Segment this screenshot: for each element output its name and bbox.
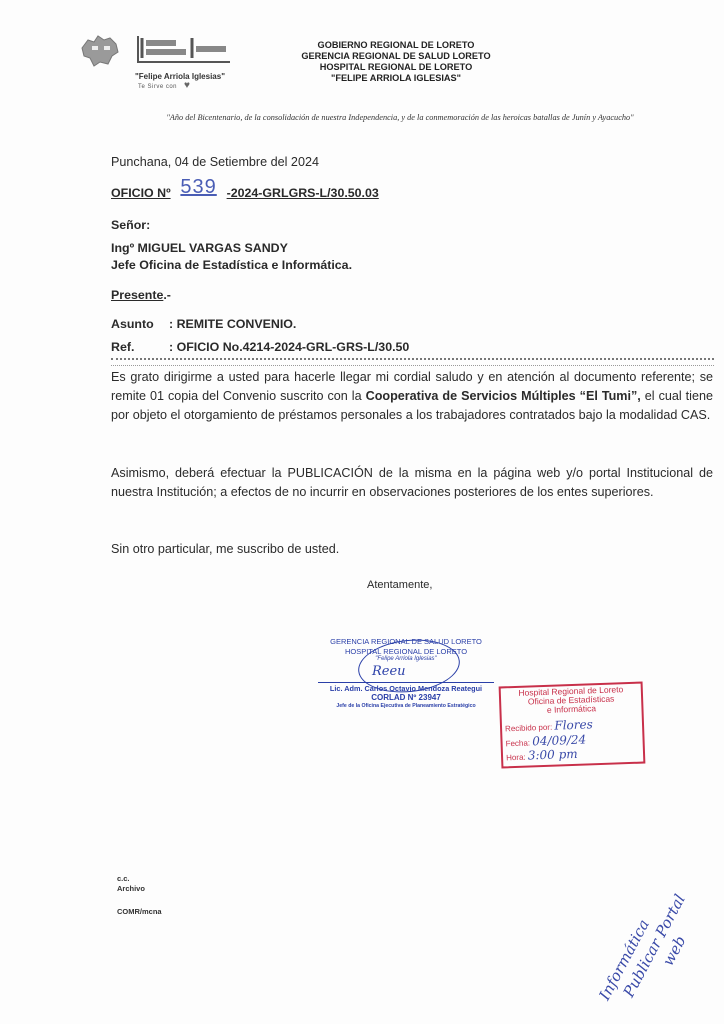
stamp-line-3: "Felipe Arriola Iglesias" bbox=[318, 656, 494, 662]
heart-icon: ♥ bbox=[184, 80, 190, 91]
ref-line: Ref.: OFICIO No.4214-2024-GRL-GRS-L/30.5… bbox=[111, 340, 409, 354]
salutation: Señor: bbox=[111, 218, 150, 232]
addressee-name: Ingº MIGUEL VARGAS SANDY bbox=[111, 240, 352, 257]
ref-label: Ref. bbox=[111, 340, 169, 354]
addressee-title: Jefe Oficina de Estadística e Informátic… bbox=[111, 257, 352, 274]
signature-stamp: GERENCIA REGIONAL DE SALUD LORETO HOSPIT… bbox=[318, 638, 494, 716]
addressee: Ingº MIGUEL VARGAS SANDY Jefe Oficina de… bbox=[111, 240, 352, 274]
logo-motto: "Felipe Arriola Iglesias" bbox=[118, 72, 242, 81]
dotted-divider bbox=[111, 358, 714, 366]
oficio-number: 539 bbox=[171, 176, 227, 199]
handwritten-note: Informática Publicar Portal web bbox=[598, 820, 718, 1000]
oficio-prefix: OFICIO Nº bbox=[111, 186, 171, 200]
stamp-line-1: GERENCIA REGIONAL DE SALUD LORETO bbox=[318, 638, 494, 646]
asunto-line: Asunto: REMITE CONVENIO. bbox=[111, 317, 296, 331]
asunto-label: Asunto bbox=[111, 317, 169, 331]
header-line: GERENCIA REGIONAL DE SALUD LORETO bbox=[270, 51, 522, 62]
handwritten-note-text: Informática Publicar Portal web bbox=[595, 818, 724, 1023]
cc-value: Archivo bbox=[117, 884, 145, 894]
fecha-value: 04/09/24 bbox=[532, 733, 586, 749]
presente: Presente.- bbox=[111, 288, 171, 302]
hospital-logo: "Felipe Arriola Iglesias" Te Sirve con ♥ bbox=[72, 28, 242, 96]
hospital-wordmark-icon bbox=[134, 34, 234, 64]
signer-registration: CORLAD Nº 23947 bbox=[318, 693, 494, 702]
signer-name: Lic. Adm. Carlos Octavio Mendoza Reategu… bbox=[318, 684, 494, 693]
reception-stamp: Hospital Regional de Loreto Oficina de E… bbox=[499, 682, 646, 769]
header-line: HOSPITAL REGIONAL DE LORETO bbox=[270, 62, 522, 73]
header-line: "FELIPE ARRIOLA IGLESIAS" bbox=[270, 73, 522, 84]
paragraph-3: Sin otro particular, me suscribo de uste… bbox=[111, 542, 339, 556]
recibido-label: Recibido por: bbox=[505, 723, 552, 734]
paragraph-1: Es grato dirigirme a usted para hacerle … bbox=[111, 368, 713, 425]
carbon-copy: c.c. Archivo bbox=[117, 874, 145, 894]
institution-header: GOBIERNO REGIONAL DE LORETO GERENCIA REG… bbox=[270, 40, 522, 84]
cc-label: c.c. bbox=[117, 874, 145, 884]
paragraph-2: Asimismo, deberá efectuar la PUBLICACIÓN… bbox=[111, 464, 713, 502]
oficio-suffix: -2024-GRLGRS-L/30.50.03 bbox=[227, 186, 379, 200]
reception-header: Hospital Regional de Loreto Oficina de E… bbox=[501, 685, 642, 717]
stamp-line-2: HOSPITAL REGIONAL DE LORETO bbox=[318, 647, 494, 656]
handwritten-signature: Reeu bbox=[372, 664, 406, 679]
logo-tagline: Te Sirve con bbox=[138, 84, 177, 90]
cooperative-name: Cooperativa de Servicios Múltiples “El T… bbox=[366, 389, 641, 403]
hora-value: 3:00 pm bbox=[528, 747, 578, 763]
hora-row: Hora: 3:00 pm bbox=[506, 747, 578, 763]
recibido-value: Flores bbox=[554, 717, 593, 732]
hora-label: Hora: bbox=[506, 753, 526, 763]
signer-role: Jefe de la Oficina Ejecutiva de Planeami… bbox=[318, 703, 494, 709]
loreto-map-icon bbox=[78, 32, 122, 68]
presente-label: Presente bbox=[111, 288, 163, 302]
place-date: Punchana, 04 de Setiembre del 2024 bbox=[111, 155, 319, 169]
ref-value: : OFICIO No.4214-2024-GRL-GRS-L/30.50 bbox=[169, 340, 409, 354]
signature-line bbox=[318, 682, 494, 683]
reference-initials: COMR/mcna bbox=[117, 907, 162, 916]
year-motto: "Año del Bicentenario, de la consolidaci… bbox=[160, 113, 640, 123]
presente-suffix: .- bbox=[163, 288, 171, 302]
closing: Atentamente, bbox=[367, 579, 432, 591]
fecha-label: Fecha: bbox=[505, 738, 530, 748]
header-line: GOBIERNO REGIONAL DE LORETO bbox=[270, 40, 522, 51]
oficio-reference: OFICIO Nº539-2024-GRLGRS-L/30.50.03 bbox=[111, 180, 379, 203]
asunto-value: : REMITE CONVENIO. bbox=[169, 317, 296, 331]
